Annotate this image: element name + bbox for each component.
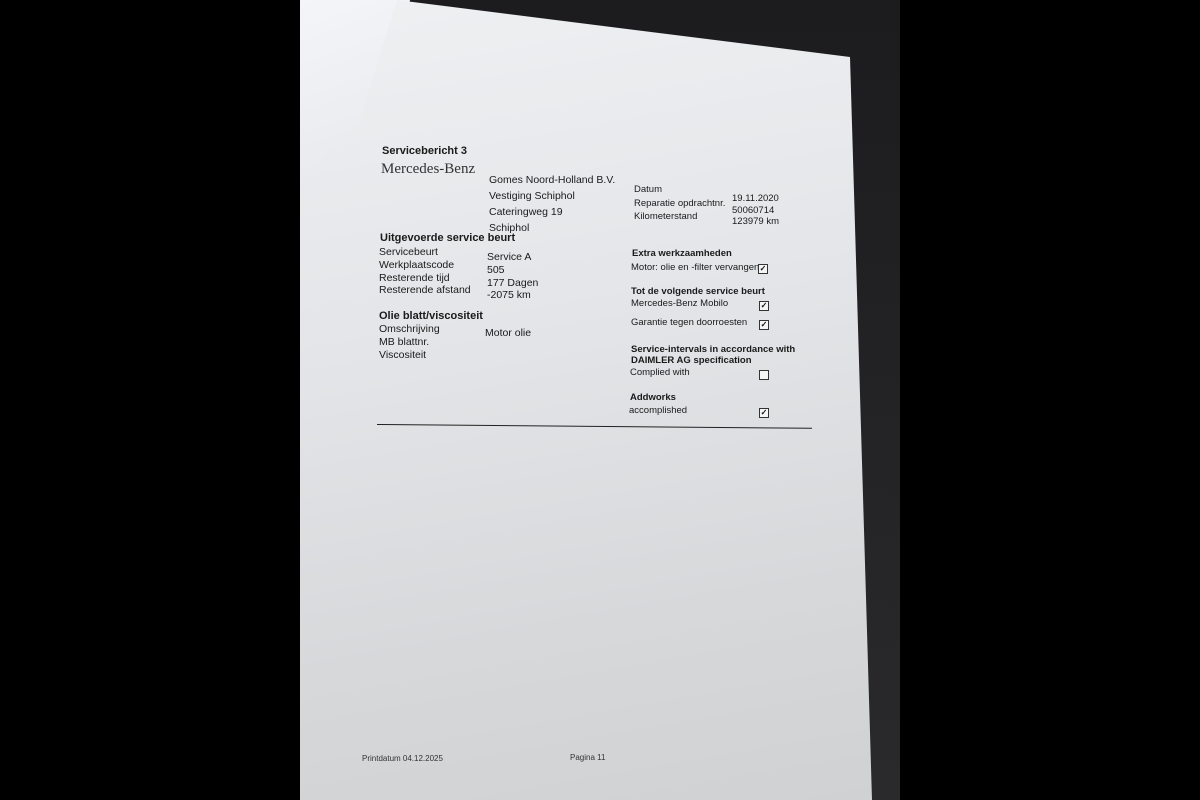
print-date: Printdatum 04.12.2025: [362, 754, 443, 763]
section-divider: [377, 424, 812, 429]
complied-checkbox[interactable]: [759, 370, 769, 380]
dealer-street: Cateringweg 19: [489, 206, 563, 218]
service-report: Servicebericht 3 Mercedes-Benz Gomes Noo…: [0, 0, 1200, 800]
remaining-distance-value: -2075 km: [487, 289, 531, 301]
workshop-code-label: Werkplaatscode: [379, 259, 454, 271]
brand-name: Mercedes-Benz: [381, 161, 475, 178]
complied-label: Complied with: [630, 367, 690, 378]
extra-item-label: Motor: olie en -filter vervangen: [631, 262, 759, 273]
rust-warranty-label: Garantie tegen doorroesten: [631, 317, 747, 328]
extra-item-checkbox[interactable]: ✓: [758, 264, 768, 274]
remaining-time-value: 177 Dagen: [487, 277, 538, 289]
meta-value-order: 50060714: [732, 205, 774, 216]
oil-description-label: Omschrijving: [379, 323, 440, 335]
page-number: Pagina 11: [570, 753, 605, 762]
service-label: Servicebeurt: [379, 246, 438, 258]
addworks-heading: Addworks: [630, 392, 676, 403]
meta-label-mileage: Kilometerstand: [634, 211, 697, 222]
dealer-name: Gomes Noord-Holland B.V.: [489, 174, 615, 186]
interval-heading-line2: DAIMLER AG specification: [631, 355, 752, 366]
mobilo-checkbox[interactable]: ✓: [759, 301, 769, 311]
remaining-distance-label: Resterende afstand: [379, 284, 471, 296]
accomplished-checkbox[interactable]: ✓: [759, 408, 769, 418]
service-value: Service A: [487, 251, 531, 263]
meta-label-date: Datum: [634, 184, 662, 195]
rust-warranty-checkbox[interactable]: ✓: [759, 320, 769, 330]
oil-heading: Olie blatt/viscositeit: [379, 310, 483, 322]
dealer-branch: Vestiging Schiphol: [489, 190, 575, 202]
workshop-code-value: 505: [487, 264, 505, 276]
viscosity-label: Viscositeit: [379, 349, 426, 361]
interval-heading-line1: Service-intervals in accordance with: [631, 344, 795, 355]
remaining-time-label: Resterende tijd: [379, 272, 450, 284]
mobilo-label: Mercedes-Benz Mobilo: [631, 298, 728, 309]
oil-sheet-label: MB blattnr.: [379, 336, 429, 348]
next-service-heading: Tot de volgende service beurt: [631, 286, 765, 297]
oil-description-value: Motor olie: [485, 327, 531, 339]
report-title: Servicebericht 3: [382, 145, 467, 157]
meta-value-mileage: 123979 km: [732, 216, 779, 227]
accomplished-label: accomplished: [629, 405, 687, 416]
meta-value-date: 19.11.2020: [732, 193, 779, 204]
meta-label-order: Reparatie opdrachtnr.: [634, 198, 725, 209]
service-heading: Uitgevoerde service beurt: [380, 232, 515, 244]
extra-heading: Extra werkzaamheden: [632, 248, 732, 259]
